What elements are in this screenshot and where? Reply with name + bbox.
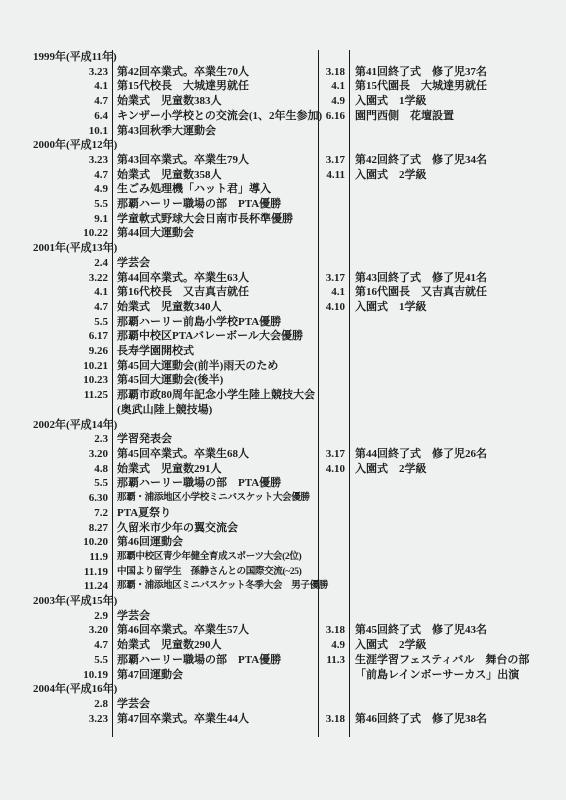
school-event-cell: 第45回大運動会(後半) [112,373,318,388]
school-date-cell: 6.4 [33,109,112,124]
school-event-cell: 第47回卒業式。卒業生44人 [112,712,318,727]
event-row: 4.7始業式 児童数383人4.9入園式 1学級 [33,94,555,109]
year-header-row: 1999年(平成11年) [33,50,555,65]
event-row: 5.5那覇ハーリー前島小学校PTA優勝 [33,315,555,330]
school-event-cell: 第46回卒業式。卒業生57人 [112,623,318,638]
kindergarten-event-cell [349,50,555,65]
school-date-cell: 3.23 [33,153,112,168]
kindergarten-event-cell [349,138,555,153]
school-date-cell [33,726,112,737]
school-event-cell: 学童軟式野球大会日南市長杯準優勝 [112,212,318,227]
kindergarten-event-cell: 「前島レインボーサーカス」出演 [349,668,555,683]
event-row: 6.17那覇中校区PTAバレーボール大会優勝 [33,329,555,344]
event-row: 3.23第47回卒業式。卒業生44人3.18第46回終了式 修了児38名 [33,712,555,727]
school-event-cell: 第44回卒業式。卒業生63人 [112,271,318,286]
event-row: 5.5那覇ハーリー職場の部 PTA優勝11.3生涯学習フェスティバル 舞台の部 [33,653,555,668]
school-event-cell: 第46回運動会 [112,535,318,550]
kindergarten-event-cell [349,594,555,609]
event-row: 2.4学芸会 [33,256,555,271]
school-date-cell: 2.9 [33,609,112,624]
school-date-cell: 11.24 [33,579,112,594]
event-row: 10.19第47回運動会「前島レインボーサーカス」出演 [33,668,555,683]
event-row: 4.1第15代校長 大城達男就任4.1第15代園長 大城達男就任 [33,79,555,94]
school-event-cell: 長寿学園開校式 [112,344,318,359]
school-date-cell: 6.17 [33,329,112,344]
kindergarten-date-cell [318,506,349,521]
kindergarten-date-cell: 4.11 [318,168,349,183]
kindergarten-date-cell [318,197,349,212]
kindergarten-event-cell: 第45回終了式 修了児43名 [349,623,555,638]
kindergarten-event-cell [349,197,555,212]
event-row: 6.30那覇・浦添地区小学校ミニバスケット大会優勝 [33,491,555,506]
kindergarten-date-cell [318,182,349,197]
event-row: 11.9那覇中校区青少年健全育成スポーツ大会(2位) [33,550,555,565]
kindergarten-event-cell: 入園式 2学級 [349,168,555,183]
school-event-cell [112,138,318,153]
kindergarten-event-cell [349,124,555,139]
school-event-cell: 第43回秋季大運動会 [112,124,318,139]
event-row: 9.1学童軟式野球大会日南市長杯準優勝 [33,212,555,227]
school-date-cell: 10.22 [33,226,112,241]
kindergarten-event-cell [349,506,555,521]
kindergarten-date-cell [318,535,349,550]
kindergarten-event-cell [349,432,555,447]
event-row: 4.8始業式 児童数291人4.10入園式 2学級 [33,462,555,477]
school-event-cell [112,50,318,65]
kindergarten-date-cell [318,565,349,580]
school-date-cell: 11.19 [33,565,112,580]
school-event-cell: 久留米市少年の翼交流会 [112,521,318,536]
kindergarten-event-cell [349,373,555,388]
school-date-cell: 2.3 [33,432,112,447]
kindergarten-event-cell [349,579,555,594]
kindergarten-event-cell [349,476,555,491]
school-date-cell: 2.4 [33,256,112,271]
kindergarten-date-cell: 3.17 [318,447,349,462]
year-label: 1999年(平成11年) [33,50,112,65]
school-event-cell: 第42回卒業式。卒業生70人 [112,65,318,80]
kindergarten-event-cell [349,226,555,241]
kindergarten-event-cell [349,182,555,197]
kindergarten-date-cell [318,418,349,433]
kindergarten-event-cell [349,315,555,330]
kindergarten-event-cell [349,682,555,697]
kindergarten-event-cell [349,726,555,737]
school-date-cell: 5.5 [33,315,112,330]
kindergarten-date-cell [318,491,349,506]
school-event-cell: 始業式 児童数383人 [112,94,318,109]
school-event-cell: 始業式 児童数340人 [112,300,318,315]
event-row: 3.23第43回卒業式。卒業生79人3.17第42回終了式 修了児34名 [33,153,555,168]
kindergarten-date-cell: 4.1 [318,285,349,300]
kindergarten-event-cell [349,491,555,506]
event-row: 11.24那覇・浦添地区ミニバスケット冬季大会 男子優勝 [33,579,555,594]
kindergarten-event-cell: 生涯学習フェスティバル 舞台の部 [349,653,555,668]
kindergarten-event-cell [349,550,555,565]
kindergarten-event-cell: 入園式 1学級 [349,94,555,109]
kindergarten-date-cell [318,476,349,491]
school-date-cell: 4.7 [33,638,112,653]
school-event-cell: 那覇ハーリー職場の部 PTA優勝 [112,197,318,212]
kindergarten-event-cell: 入園式 2学級 [349,462,555,477]
event-row: 3.23第42回卒業式。卒業生70人3.18第41回終了式 修了児37名 [33,65,555,80]
kindergarten-date-cell [318,668,349,683]
event-row: 2.3学習発表会 [33,432,555,447]
kindergarten-date-cell [318,138,349,153]
school-event-cell: 那覇中校区PTAバレーボール大会優勝 [112,329,318,344]
kindergarten-date-cell: 3.17 [318,153,349,168]
kindergarten-event-cell: 園門西側 花壇設置 [349,109,555,124]
kindergarten-event-cell: 第42回終了式 修了児34名 [349,153,555,168]
school-event-cell: 第45回大運動会(前半)雨天のため [112,359,318,374]
school-date-cell: 6.30 [33,491,112,506]
school-date-cell: 10.19 [33,668,112,683]
year-label: 2003年(平成15年) [33,594,112,609]
year-header-row: 2004年(平成16年) [33,682,555,697]
kindergarten-date-cell: 4.1 [318,79,349,94]
kindergarten-date-cell: 4.9 [318,638,349,653]
year-label: 2002年(平成14年) [33,418,112,433]
kindergarten-event-cell [349,565,555,580]
kindergarten-event-cell [349,697,555,712]
school-event-cell: 第47回運動会 [112,668,318,683]
kindergarten-date-cell: 3.18 [318,65,349,80]
kindergarten-event-cell: 第41回終了式 修了児37名 [349,65,555,80]
school-date-cell: 9.1 [33,212,112,227]
school-date-cell: 9.26 [33,344,112,359]
school-date-cell: 10.23 [33,373,112,388]
event-row: 11.25那覇市政80周年記念小学生陸上競技大会 [33,388,555,403]
kindergarten-event-cell [349,403,555,418]
school-date-cell: 3.23 [33,712,112,727]
school-event-cell: 生ごみ処理機「ハット君」導入 [112,182,318,197]
school-event-cell: 学芸会 [112,256,318,271]
kindergarten-event-cell [349,256,555,271]
school-event-cell: 第45回卒業式。卒業生68人 [112,447,318,462]
event-row: 5.5那覇ハーリー職場の部 PTA優勝 [33,197,555,212]
school-date-cell: 3.23 [33,65,112,80]
school-event-cell: 那覇ハーリー職場の部 PTA優勝 [112,476,318,491]
event-row: 11.19中国より留学生 孫静さんとの国際交流(~25) [33,565,555,580]
school-event-cell: 学習発表会 [112,432,318,447]
school-event-cell: PTA夏祭り [112,506,318,521]
school-event-cell: 第44回大運動会 [112,226,318,241]
kindergarten-event-cell: 第16代園長 又吉真吉就任 [349,285,555,300]
event-row: 4.7始業式 児童数290人4.9入園式 2学級 [33,638,555,653]
kindergarten-event-cell [349,212,555,227]
kindergarten-date-cell [318,226,349,241]
kindergarten-event-cell [349,241,555,256]
event-row: 4.9生ごみ処理機「ハット君」導入 [33,182,555,197]
school-event-cell: 那覇・浦添地区ミニバスケット冬季大会 男子優勝 [112,579,318,594]
school-date-cell: 10.21 [33,359,112,374]
event-row: 7.2PTA夏祭り [33,506,555,521]
kindergarten-date-cell [318,212,349,227]
kindergarten-date-cell [318,344,349,359]
school-date-cell: 3.20 [33,623,112,638]
kindergarten-date-cell: 4.9 [318,94,349,109]
kindergarten-event-cell [349,388,555,403]
kindergarten-event-cell: 入園式 1学級 [349,300,555,315]
kindergarten-date-cell [318,388,349,403]
event-row: 4.1第16代校長 又吉真吉就任4.1第16代園長 又吉真吉就任 [33,285,555,300]
year-label: 2000年(平成12年) [33,138,112,153]
school-date-cell: 4.7 [33,94,112,109]
school-date-cell: 11.25 [33,388,112,403]
school-date-cell: 3.22 [33,271,112,286]
school-event-cell: 第15代校長 大城達男就任 [112,79,318,94]
event-row: 6.4キンザー小学校との交流会(1、2年生参加)6.16園門西側 花壇設置 [33,109,555,124]
kindergarten-date-cell [318,521,349,536]
school-date-cell: 4.1 [33,285,112,300]
kindergarten-event-cell [349,418,555,433]
kindergarten-date-cell: 11.3 [318,653,349,668]
school-event-cell: 那覇ハーリー前島小学校PTA優勝 [112,315,318,330]
kindergarten-date-cell [318,256,349,271]
rule-extension-row [33,726,555,737]
kindergarten-date-cell: 3.17 [318,271,349,286]
kindergarten-date-cell [318,609,349,624]
kindergarten-date-cell [318,726,349,737]
kindergarten-event-cell: 第46回終了式 修了児38名 [349,712,555,727]
school-event-cell: 始業式 児童数290人 [112,638,318,653]
kindergarten-date-cell: 4.10 [318,462,349,477]
kindergarten-event-cell [349,329,555,344]
kindergarten-event-cell: 第43回終了式 修了児41名 [349,271,555,286]
event-row: 3.22第44回卒業式。卒業生63人3.17第43回終了式 修了児41名 [33,271,555,286]
school-event-cell: 中国より留学生 孫静さんとの国際交流(~25) [112,565,318,580]
event-row: (奥武山陸上競技場) [33,403,555,418]
kindergarten-date-cell [318,682,349,697]
kindergarten-date-cell [318,594,349,609]
kindergarten-date-cell [318,697,349,712]
school-date-cell: 4.8 [33,462,112,477]
school-event-cell: (奥武山陸上競技場) [112,403,318,418]
event-row: 4.7始業式 児童数340人4.10入園式 1学級 [33,300,555,315]
event-row: 5.5那覇ハーリー職場の部 PTA優勝 [33,476,555,491]
school-date-cell [33,403,112,418]
school-date-cell: 4.7 [33,168,112,183]
kindergarten-event-cell [349,535,555,550]
kindergarten-date-cell: 6.16 [318,109,349,124]
school-date-cell: 2.8 [33,697,112,712]
year-header-row: 2002年(平成14年) [33,418,555,433]
kindergarten-date-cell [318,329,349,344]
event-row: 3.20第46回卒業式。卒業生57人3.18第45回終了式 修了児43名 [33,623,555,638]
kindergarten-date-cell: 4.10 [318,300,349,315]
event-row: 10.20第46回運動会 [33,535,555,550]
chronology-table: 1999年(平成11年)3.23第42回卒業式。卒業生70人3.18第41回終了… [33,50,555,737]
kindergarten-event-cell [349,344,555,359]
school-event-cell: 那覇ハーリー職場の部 PTA優勝 [112,653,318,668]
school-event-cell: 那覇中校区青少年健全育成スポーツ大会(2位) [112,550,318,565]
kindergarten-event-cell: 第44回終了式 修了児26名 [349,447,555,462]
school-date-cell: 4.9 [33,182,112,197]
kindergarten-date-cell [318,550,349,565]
event-row: 9.26長寿学園開校式 [33,344,555,359]
school-date-cell: 10.20 [33,535,112,550]
kindergarten-date-cell: 3.18 [318,712,349,727]
school-event-cell: 那覇・浦添地区小学校ミニバスケット大会優勝 [112,491,318,506]
school-event-cell: 学芸会 [112,697,318,712]
school-event-cell: 第16代校長 又吉真吉就任 [112,285,318,300]
kindergarten-date-cell [318,373,349,388]
school-event-cell: 第43回卒業式。卒業生79人 [112,153,318,168]
kindergarten-event-cell [349,359,555,374]
school-date-cell: 10.1 [33,124,112,139]
event-row: 10.23第45回大運動会(後半) [33,373,555,388]
kindergarten-event-cell: 第15代園長 大城達男就任 [349,79,555,94]
event-row: 10.21第45回大運動会(前半)雨天のため [33,359,555,374]
school-event-cell [112,594,318,609]
kindergarten-date-cell: 3.18 [318,623,349,638]
school-date-cell: 5.5 [33,653,112,668]
year-label: 2001年(平成13年) [33,241,112,256]
event-row: 8.27久留米市少年の翼交流会 [33,521,555,536]
kindergarten-date-cell [318,579,349,594]
school-event-cell [112,682,318,697]
event-row: 10.22第44回大運動会 [33,226,555,241]
school-date-cell: 5.5 [33,476,112,491]
event-row: 3.20第45回卒業式。卒業生68人3.17第44回終了式 修了児26名 [33,447,555,462]
year-header-row: 2003年(平成15年) [33,594,555,609]
kindergarten-date-cell [318,124,349,139]
school-event-cell: 那覇市政80周年記念小学生陸上競技大会 [112,388,318,403]
kindergarten-date-cell [318,50,349,65]
year-label: 2004年(平成16年) [33,682,112,697]
kindergarten-date-cell [318,241,349,256]
school-event-cell [112,241,318,256]
school-event-cell [112,418,318,433]
school-date-cell: 11.9 [33,550,112,565]
event-row: 10.1第43回秋季大運動会 [33,124,555,139]
kindergarten-date-cell [318,315,349,330]
school-event-cell: キンザー小学校との交流会(1、2年生参加) [112,109,318,124]
school-event-cell [112,726,318,737]
event-row: 4.7始業式 児童数358人4.11入園式 2学級 [33,168,555,183]
school-event-cell: 学芸会 [112,609,318,624]
school-event-cell: 始業式 児童数291人 [112,462,318,477]
kindergarten-date-cell [318,403,349,418]
school-date-cell: 5.5 [33,197,112,212]
event-row: 2.9学芸会 [33,609,555,624]
year-header-row: 2001年(平成13年) [33,241,555,256]
school-date-cell: 7.2 [33,506,112,521]
school-date-cell: 8.27 [33,521,112,536]
school-date-cell: 3.20 [33,447,112,462]
year-header-row: 2000年(平成12年) [33,138,555,153]
school-event-cell: 始業式 児童数358人 [112,168,318,183]
school-date-cell: 4.7 [33,300,112,315]
kindergarten-event-cell [349,521,555,536]
event-row: 2.8学芸会 [33,697,555,712]
kindergarten-event-cell [349,609,555,624]
kindergarten-date-cell [318,432,349,447]
school-date-cell: 4.1 [33,79,112,94]
kindergarten-date-cell [318,359,349,374]
kindergarten-event-cell: 入園式 2学級 [349,638,555,653]
